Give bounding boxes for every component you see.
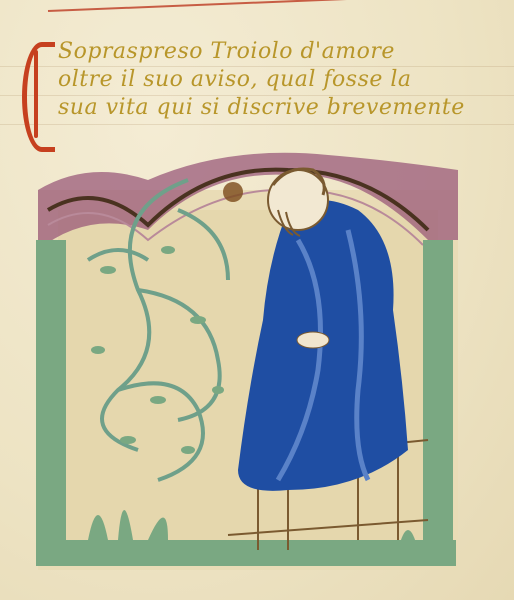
decorated-initial-stroke [34,50,38,138]
rubric-text: Sopraspreso Troiolo d'amore oltre il suo… [58,38,508,122]
right-column [423,240,453,560]
left-column [36,240,66,560]
rubric-line-2: oltre il suo aviso, qual fosse la [58,66,508,94]
ground-border [36,540,456,566]
manuscript-page: Sopraspreso Troiolo d'amore oltre il suo… [0,0,514,600]
rubric-line-3: sua vita qui si discrive brevemente [58,94,508,122]
hands [297,332,329,348]
illumination-miniature [28,150,464,588]
ruling-line [0,124,514,125]
rubric-line-1: Sopraspreso Troiolo d'amore [58,38,508,66]
red-ruling-line [48,0,514,12]
decorated-initial [22,42,55,152]
